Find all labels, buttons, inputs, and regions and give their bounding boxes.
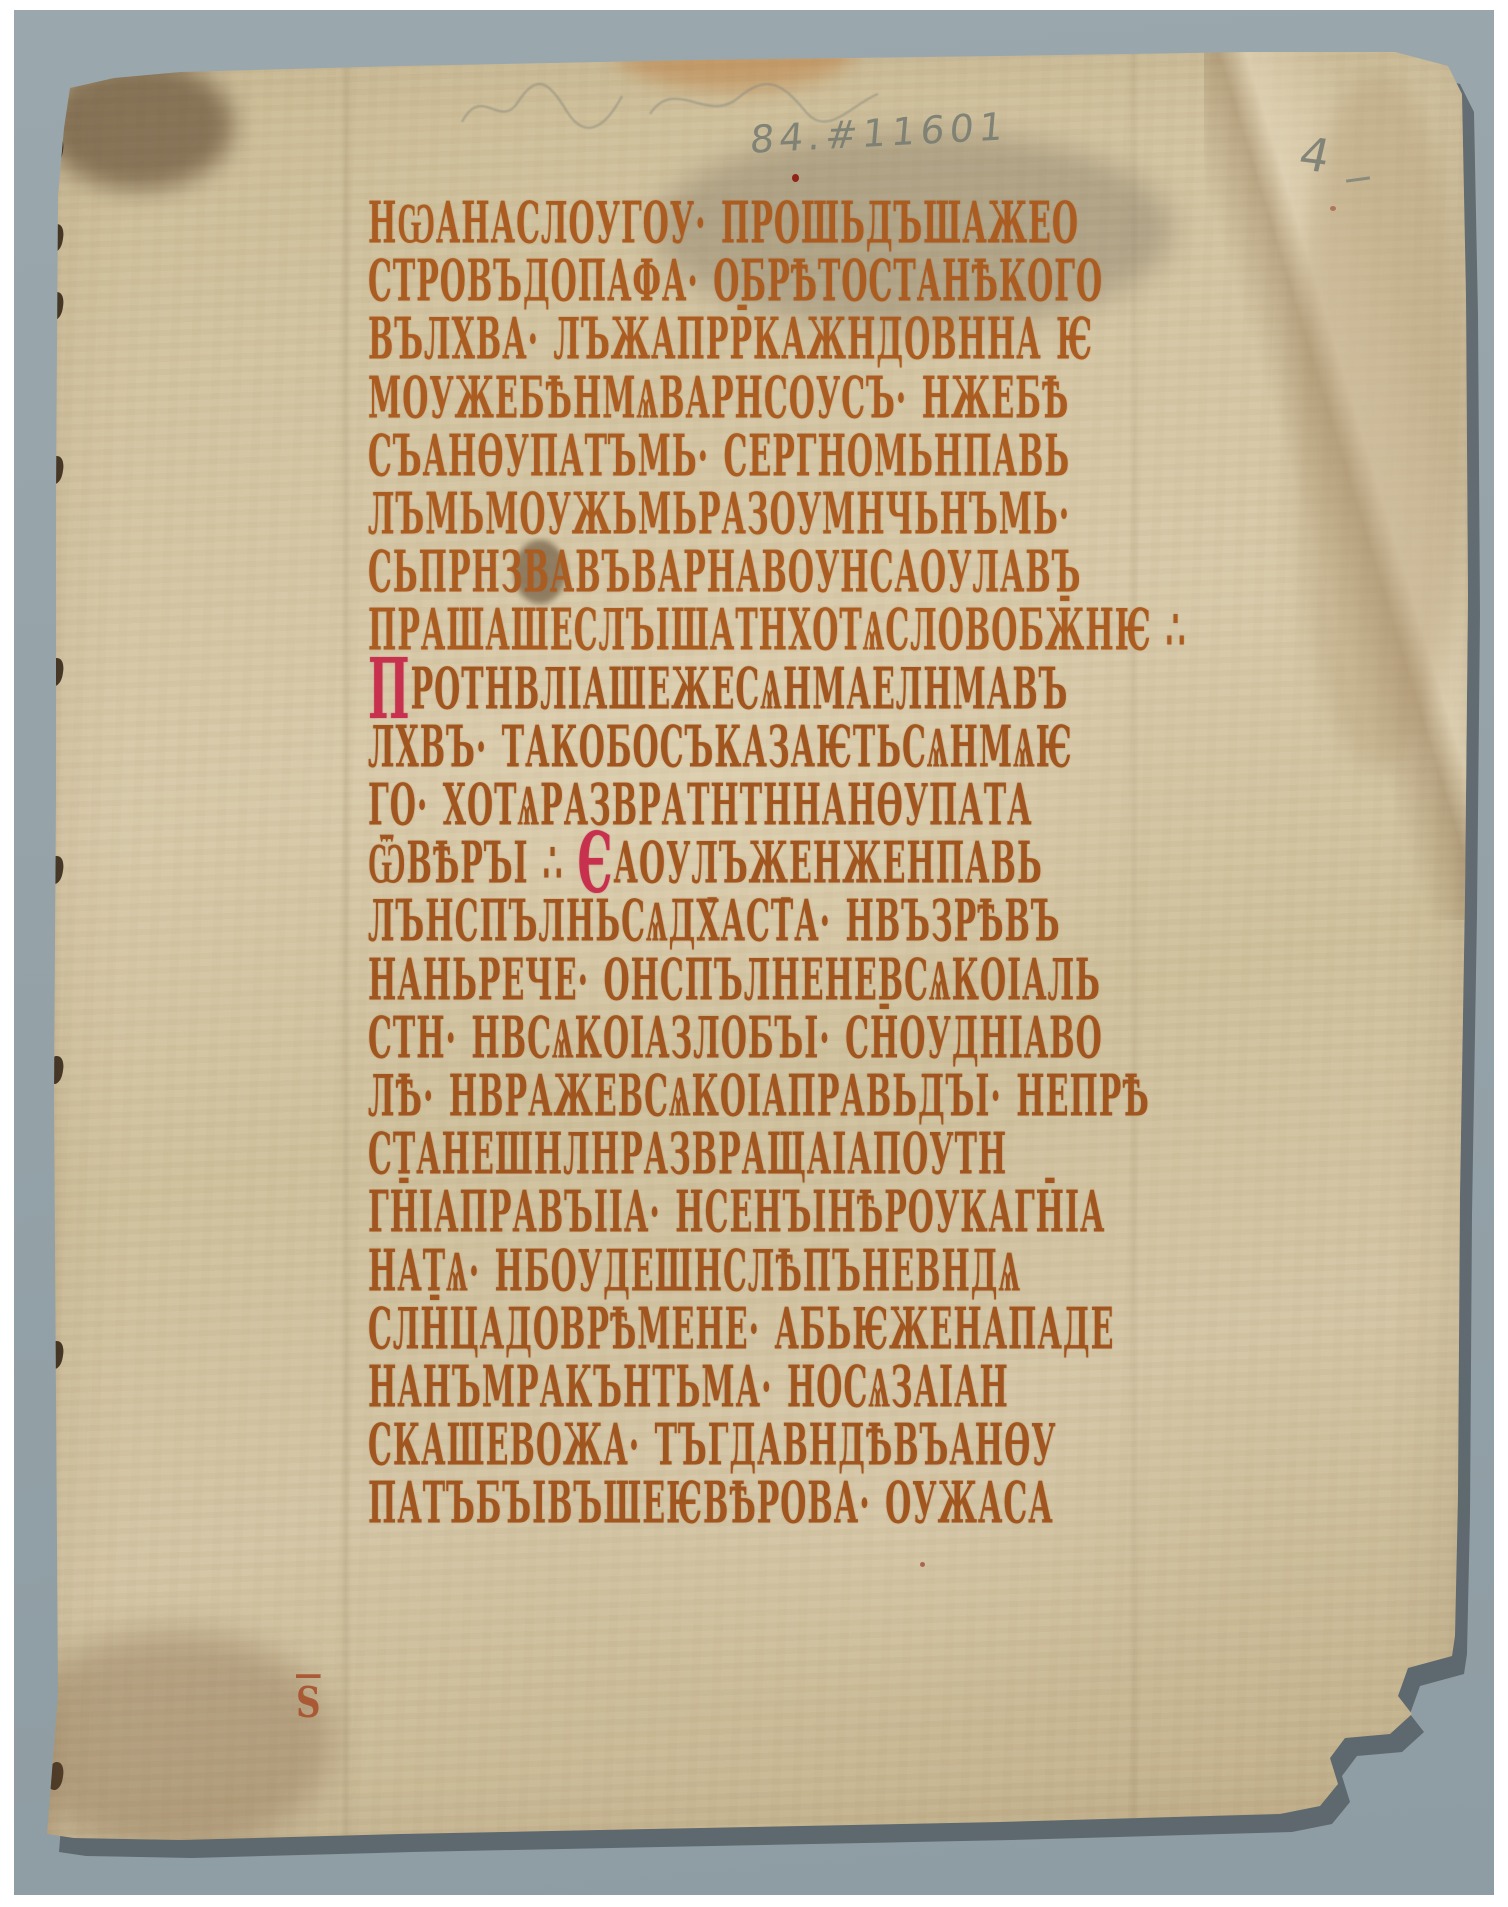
- line-text: НАНЬРЕЧЕ· ОНСПЪЛНЕНЕВСѦКОІАЛЬ: [368, 948, 1101, 1015]
- line-text: ГН̄ІАПРАВЪІІА· НСЕНЪІНѢРОУКАГН̄ІА: [368, 1180, 1106, 1247]
- vertical-crease: [344, 10, 348, 1895]
- line-text: СТН· НВСѦКОІАЗЛОБЪІ· СН̄ОУДНІАВО: [368, 1006, 1103, 1073]
- corner-stain: [44, 60, 234, 190]
- line-text: ЛЪМЬМОУЖЬМЬРАЗОУМНЧЬНЪМЬ·: [368, 482, 1070, 549]
- binding-edge: [14, 10, 62, 1895]
- line-text: РОТНВЛІАШЕЖЕСѦНМАЕЛНМАВЪ: [411, 657, 1069, 724]
- line-text: НѠАНАСЛОУГОУ· ПРОШЬДЪШАЖЕО: [368, 191, 1079, 258]
- line-text: СТРОВЪДОПАФА· ОБРѢТОСТАНѢКОГО: [368, 249, 1103, 316]
- text-line: ПАТЪБЪІВЪШЕѤВѢРОВА· ОУЖАСА: [368, 1471, 1054, 1539]
- line-text: НАНЪМРАКЪНТЬМА· НОСѦЗАІАН: [368, 1355, 1009, 1422]
- line-text: ГО· ХОТѦРАЗВРАТНТННАНѲУПАТА: [368, 773, 1033, 840]
- line-text: СТАНЕШНЛНРАЗВРАЩАІАПОУТН: [368, 1122, 1007, 1189]
- line-text: ПАТЪБЪІВЪШЕѤВѢРОВА· ОУЖАСА: [368, 1471, 1054, 1538]
- red-ink-speck: [920, 1562, 925, 1567]
- line-text: СЛН̄ЦАДОВРѢМЕНЕ· АБЬѤЖЕНАПАДЕ: [368, 1297, 1114, 1364]
- corner-stain: [14, 1630, 334, 1850]
- line-text: ВЪЛХВА· ЛЪЖАПРР̄КАЖНДОВННА Ѥ: [368, 307, 1093, 374]
- red-ink-speck: [1330, 206, 1336, 211]
- line-text: ЛХВЪ· ТАКОБОСЪКАЗАѤТЬСѦНМѦѤ: [368, 715, 1073, 782]
- line-text: СЬПРНЗВАВЪВАРНАВОУНСАОУЛАВЪ: [368, 540, 1081, 607]
- line-text: ПРАШАШЕСЛЪІШАТНХОТѦСЛОВОБЖ̄НѤ ∴: [368, 598, 1186, 665]
- line-text: МОУЖЕБѢНМѦВАРНСОУСЪ· НЖЕБѢ: [368, 366, 1069, 433]
- vertical-crease: [1132, 10, 1136, 1895]
- page-top-edge: [14, 10, 1494, 50]
- red-ink-speck: [792, 174, 799, 182]
- line-text: ѾВѢРЪІ ∴: [368, 831, 578, 898]
- quire-signature: Ѕ: [296, 1678, 321, 1728]
- photo-mat-background: 84.#11601 4 НѠАНАСЛОУГОУ· ПРОШЬДЪШАЖЕОСТ…: [14, 10, 1494, 1895]
- line-text: НАТѦ· НБОУДЕШНСЛѢПЪНЕВНДѦ: [368, 1239, 1021, 1306]
- page-bottom-edge: [14, 1871, 1494, 1895]
- line-text: АОУЛЪЖЕНЖЕНПАВЬ: [614, 831, 1043, 898]
- line-text: ЛЪНСПЪЛНЬСѦДХ̄АСТ̄А· НВЪЗРѢВЪ: [368, 889, 1061, 956]
- line-text: СКАШЕВОЖА· ТЪГДАВНДѢВЪАНѲУ: [368, 1413, 1057, 1480]
- manuscript-photograph: 84.#11601 4 НѠАНАСЛОУГОУ· ПРОШЬДЪШАЖЕОСТ…: [0, 0, 1508, 1907]
- line-text: ЛѢ· НВРАЖЕВСѦКОІАПРАВЬДЪІ· НЕПРѢ: [368, 1064, 1150, 1131]
- parchment-page: 84.#11601 4 НѠАНАСЛОУГОУ· ПРОШЬДЪШАЖЕОСТ…: [14, 10, 1494, 1895]
- line-text: СЪАНѲУПАТЪМЬ· СЕРГНОМЬНПАВЬ: [368, 424, 1070, 491]
